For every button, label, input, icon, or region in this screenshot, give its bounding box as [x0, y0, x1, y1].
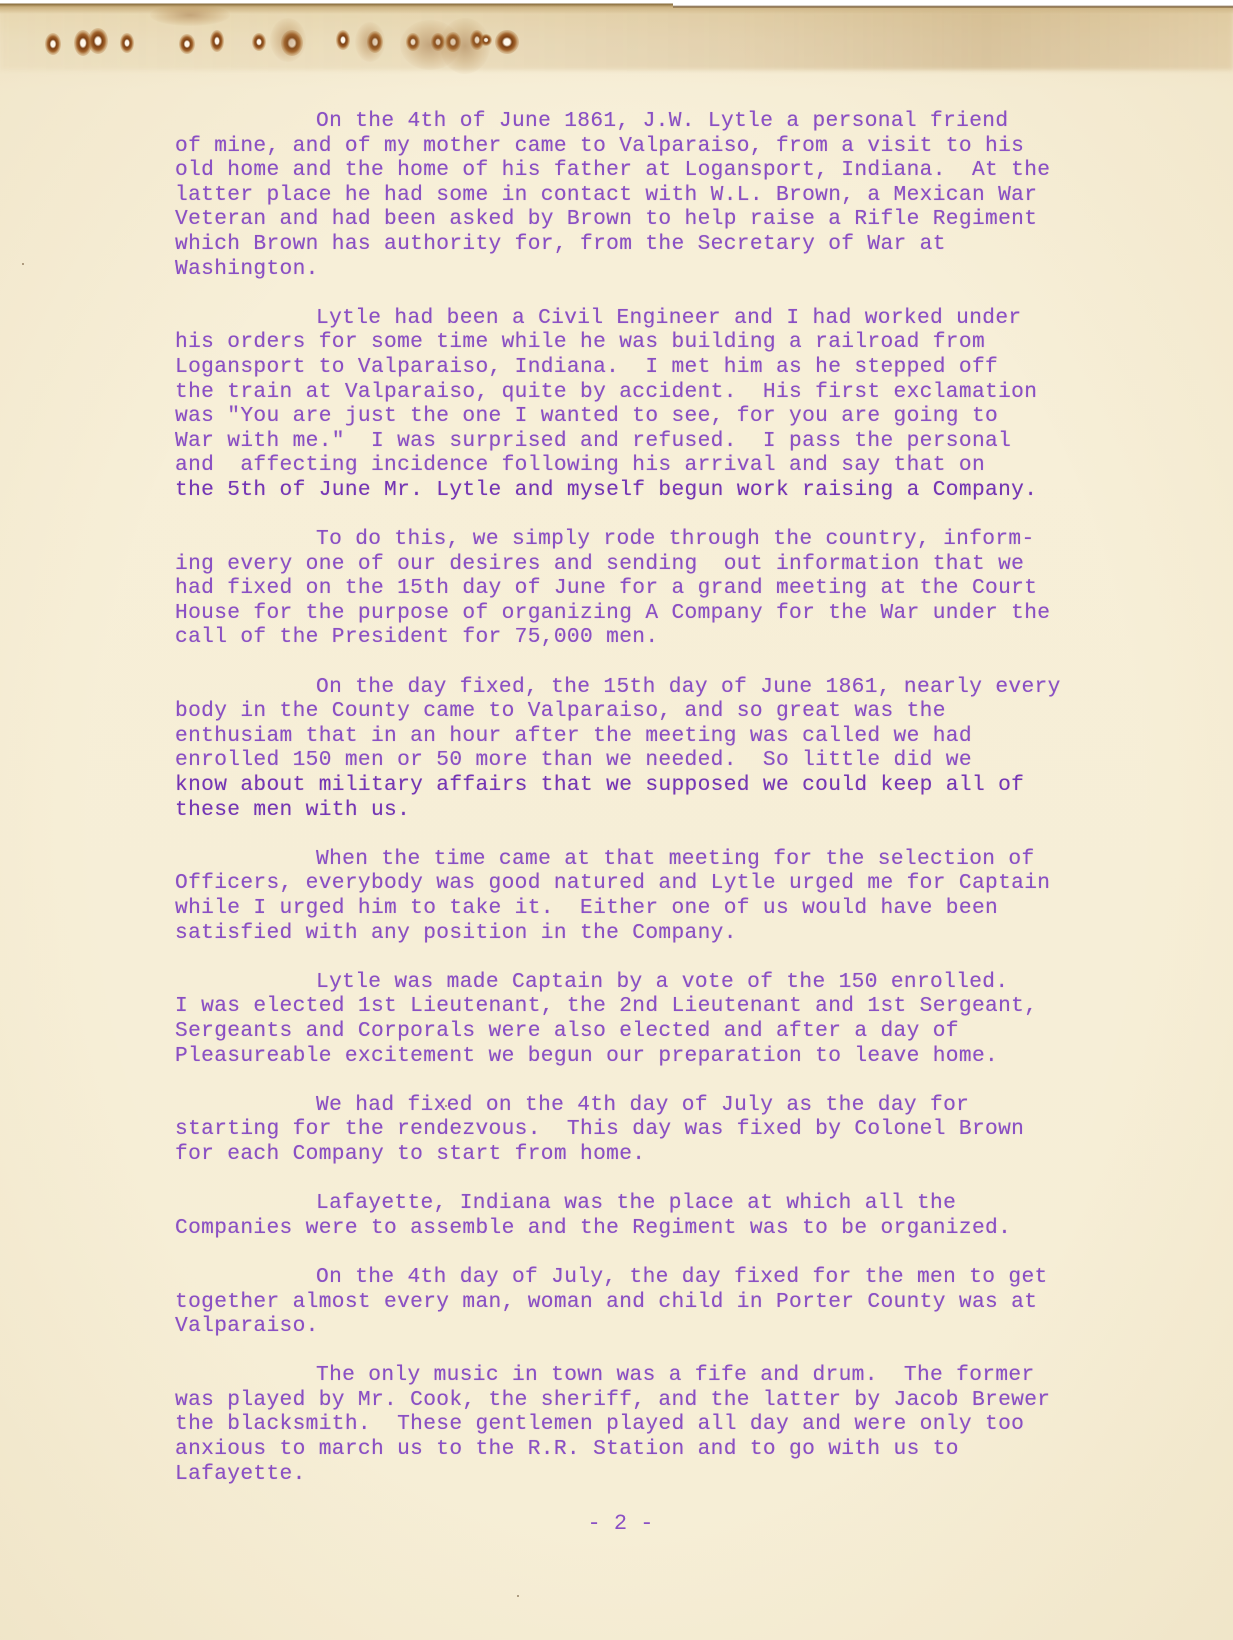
text-line: call of the President for 75,000 men. — [175, 625, 1175, 650]
scorch-mark — [150, 4, 230, 26]
text-line: of mine, and of my mother came to Valpar… — [175, 134, 1175, 159]
text-line: To do this, we simply rode through the c… — [175, 527, 1175, 552]
paragraph: On the 4th day of July, the day fixed fo… — [175, 1265, 1175, 1339]
paragraph: Lytle had been a Civil Engineer and I ha… — [175, 306, 1175, 503]
paragraph: On the 4th of June 1861, J.W. Lytle a pe… — [175, 109, 1175, 281]
text-line: We had fixed on the 4th day of July as t… — [175, 1093, 1175, 1118]
text-line: On the day fixed, the 15th day of June 1… — [175, 675, 1175, 700]
text-line: for each Company to start from home. — [175, 1142, 1175, 1167]
text-line: ing every one of our desires and sending… — [175, 552, 1175, 577]
text-line: Veteran and had been asked by Brown to h… — [175, 207, 1175, 232]
text-line: was "You are just the one I wanted to se… — [175, 404, 1175, 429]
paragraph: We had fixed on the 4th day of July as t… — [175, 1093, 1175, 1167]
text-line: Lafayette. — [175, 1462, 1175, 1487]
text-line: together almost every man, woman and chi… — [175, 1290, 1175, 1315]
text-line: know about military affairs that we supp… — [175, 773, 1175, 798]
text-line: When the time came at that meeting for t… — [175, 847, 1175, 872]
text-line: was played by Mr. Cook, the sheriff, and… — [175, 1388, 1175, 1413]
paragraph: The only music in town was a fife and dr… — [175, 1363, 1175, 1486]
burn-hole-icon — [179, 34, 195, 54]
text-line: Lytle was made Captain by a vote of the … — [175, 970, 1175, 995]
burn-hole-icon — [120, 33, 134, 53]
text-line: the blacksmith. These gentlemen played a… — [175, 1412, 1175, 1437]
text-line: Valparaiso. — [175, 1314, 1175, 1339]
paragraph: Lytle was made Captain by a vote of the … — [175, 970, 1175, 1068]
burn-hole-icon — [210, 30, 224, 52]
text-line: satisfied with any position in the Compa… — [175, 921, 1175, 946]
paper-speck — [517, 1595, 519, 1597]
paragraph: When the time came at that meeting for t… — [175, 847, 1175, 945]
burn-hole-icon — [45, 33, 61, 55]
text-line: enthusiam that in an hour after the meet… — [175, 724, 1175, 749]
scorch-mark — [440, 18, 490, 74]
text-line: body in the County came to Valparaiso, a… — [175, 699, 1175, 724]
burnt-top-edge-right — [673, 0, 1233, 8]
text-line: anxious to march us to the R.R. Station … — [175, 1437, 1175, 1462]
text-line: which Brown has authority for, from the … — [175, 232, 1175, 257]
text-line: Companies were to assemble and the Regim… — [175, 1216, 1175, 1241]
text-line: On the 4th day of July, the day fixed fo… — [175, 1265, 1175, 1290]
text-line: while I urged him to take it. Either one… — [175, 896, 1175, 921]
document-body: On the 4th of June 1861, J.W. Lytle a pe… — [175, 109, 1175, 1511]
text-line: I was elected 1st Lieutenant, the 2nd Li… — [175, 994, 1175, 1019]
paragraph: On the day fixed, the 15th day of June 1… — [175, 675, 1175, 823]
text-line: House for the purpose of organizing A Co… — [175, 601, 1175, 626]
text-line: latter place he had some in contact with… — [175, 183, 1175, 208]
text-line: starting for the rendezvous. This day wa… — [175, 1117, 1175, 1142]
text-line: old home and the home of his father at L… — [175, 158, 1175, 183]
paper-speck — [22, 263, 24, 265]
text-line: The only music in town was a fife and dr… — [175, 1363, 1175, 1388]
burn-hole-icon — [495, 30, 519, 54]
text-line: the train at Valparaiso, quite by accide… — [175, 380, 1175, 405]
text-line: Washington. — [175, 257, 1175, 282]
burn-hole-icon — [88, 28, 108, 54]
text-line: the 5th of June Mr. Lytle and myself beg… — [175, 478, 1175, 503]
text-line: On the 4th of June 1861, J.W. Lytle a pe… — [175, 109, 1175, 134]
text-line: Logansport to Valparaiso, Indiana. I met… — [175, 355, 1175, 380]
document-page: On the 4th of June 1861, J.W. Lytle a pe… — [0, 0, 1233, 1640]
text-line: had fixed on the 15th day of June for a … — [175, 576, 1175, 601]
text-line: these men with us. — [175, 798, 1175, 823]
text-line: War with me." I was surprised and refuse… — [175, 429, 1175, 454]
text-line: enrolled 150 men or 50 more than we need… — [175, 748, 1175, 773]
text-line: Officers, everybody was good natured and… — [175, 871, 1175, 896]
text-line: Lafayette, Indiana was the place at whic… — [175, 1191, 1175, 1216]
text-line: Pleasureable excitement we begun our pre… — [175, 1044, 1175, 1069]
page-number: - 2 - — [0, 1511, 1233, 1536]
burn-hole-icon — [252, 33, 266, 51]
paragraph: Lafayette, Indiana was the place at whic… — [175, 1191, 1175, 1240]
burn-hole-icon — [336, 30, 350, 50]
scorch-mark — [355, 22, 385, 62]
paragraph: To do this, we simply rode through the c… — [175, 527, 1175, 650]
text-line: Sergeants and Corporals were also electe… — [175, 1019, 1175, 1044]
text-line: Lytle had been a Civil Engineer and I ha… — [175, 306, 1175, 331]
text-line: and affecting incidence following his ar… — [175, 453, 1175, 478]
text-line: his orders for some time while he was bu… — [175, 330, 1175, 355]
scorch-mark — [270, 18, 306, 62]
